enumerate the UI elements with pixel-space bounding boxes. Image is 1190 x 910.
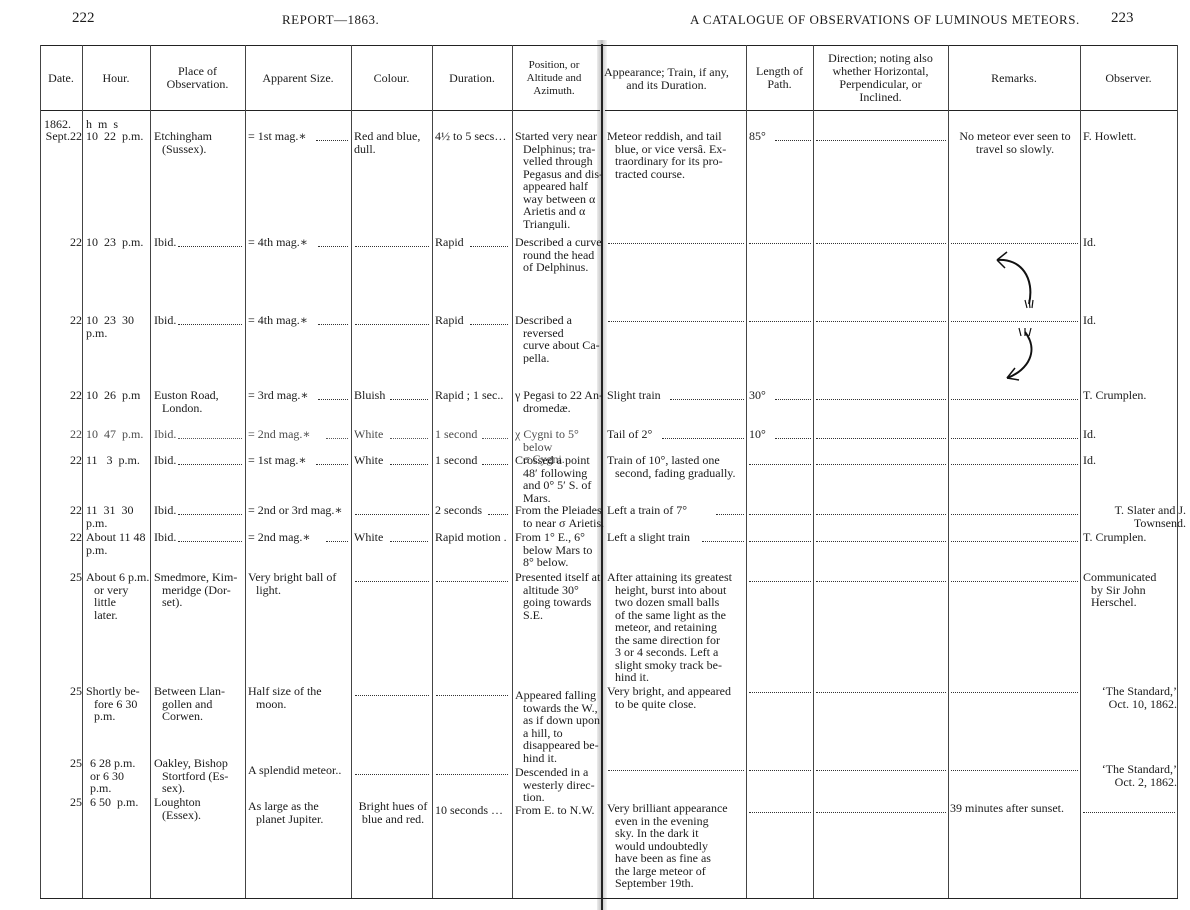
leader-dots xyxy=(178,541,242,542)
leader-dots xyxy=(951,321,1078,322)
col-header-colour: Colour. xyxy=(351,46,432,110)
row-place: Between Llan- gollen and Corwen. xyxy=(154,685,252,723)
row-place: Etchingham (Sussex). xyxy=(154,130,252,155)
row-size: = 3rd mag.∗ xyxy=(248,389,309,402)
row-size: Very bright ball of light. xyxy=(248,571,358,596)
leader-dots xyxy=(608,243,744,244)
row-position: Described a curve round the head of Delp… xyxy=(515,236,605,274)
row-place: Ibid. xyxy=(154,236,176,249)
leader-dots xyxy=(482,438,508,439)
leader-dots xyxy=(608,770,744,771)
row-colour: Bright hues of blue and red. xyxy=(354,800,432,825)
row-duration: Rapid ; 1 sec.. xyxy=(435,389,503,402)
leader-dots xyxy=(390,399,428,400)
leader-dots xyxy=(318,246,348,247)
row-place: Ibid. xyxy=(154,428,176,441)
leader-dots xyxy=(816,581,946,582)
col-rule xyxy=(512,45,513,898)
row-hour: About 11 48 p.m. xyxy=(86,531,150,556)
row-position: From 1° E., 6° below Mars to 8° below. xyxy=(515,531,605,569)
row-observer: T. Slater and J. Townsend. xyxy=(1083,504,1186,529)
row-hour: 10 23 p.m. xyxy=(86,236,143,249)
leader-dots xyxy=(436,581,508,582)
leader-dots xyxy=(749,581,811,582)
leader-dots xyxy=(716,514,744,515)
curve-arrow-down-icon xyxy=(995,326,1045,384)
row-date: 22 xyxy=(42,236,82,249)
leader-dots xyxy=(951,581,1078,582)
row-place: Euston Road, London. xyxy=(154,389,252,414)
row-position: Crossed a point 48′ following and 0° 5′ … xyxy=(515,454,605,504)
row-hour: About 6 p.m. or very little later. xyxy=(86,571,158,621)
running-head-text: REPORT—1863. xyxy=(282,12,379,27)
leader-dots xyxy=(775,140,811,141)
col-header-size: Apparent Size. xyxy=(245,46,351,110)
leader-dots xyxy=(178,514,242,515)
col-header-position: Position, or Altitude and Azimuth. xyxy=(512,46,596,110)
row-observer: ‘The Standard,’ Oct. 10, 1862. xyxy=(1083,685,1177,710)
leader-dots xyxy=(775,399,811,400)
leader-dots xyxy=(355,581,429,582)
row-appearance: Meteor reddish, and tail blue, or vice v… xyxy=(607,130,753,180)
curve-arrow-left-icon xyxy=(985,250,1045,312)
row-duration: 4½ to 5 secs… xyxy=(435,130,513,143)
row-position: γ Pegasi to 22 An- dromedæ. xyxy=(515,389,605,414)
right-running-head: A CATALOGUE OF OBSERVATIONS OF LUMINOUS … xyxy=(690,12,1080,28)
row-observer: T. Crumplen. xyxy=(1083,389,1146,402)
leader-dots xyxy=(316,140,348,141)
col-header-hour: Hour. xyxy=(82,46,150,110)
row-appearance: Train of 10°, lasted one second, fading … xyxy=(607,454,753,479)
row-duration: Rapid motion . xyxy=(435,531,507,544)
col-header-remarks: Remarks. xyxy=(948,46,1080,110)
left-page-number: 222 xyxy=(72,10,95,27)
row-hour: 10 23 30 p.m. xyxy=(86,314,150,339)
leader-dots xyxy=(318,399,348,400)
header-bottom-rule-right xyxy=(605,110,1177,111)
row-appearance: Very brilliant appearance even in the ev… xyxy=(607,802,753,890)
row-place: Smedmore, Kim- meridge (Dor- set). xyxy=(154,571,252,609)
row-size: = 2nd mag.∗ xyxy=(248,531,311,544)
leader-dots xyxy=(951,514,1078,515)
row-hour: Shortly be- fore 6 30 p.m. xyxy=(86,685,158,723)
leader-dots xyxy=(470,246,508,247)
leader-dots xyxy=(355,324,429,325)
row-size: = 1st mag.∗ xyxy=(248,130,307,143)
leader-dots xyxy=(702,541,744,542)
leader-dots xyxy=(749,321,811,322)
leader-dots xyxy=(951,438,1078,439)
leader-dots xyxy=(816,541,946,542)
row-size: A splendid meteor.. xyxy=(248,764,341,777)
row-place: Ibid. xyxy=(154,454,176,467)
col-rule xyxy=(351,45,352,898)
leader-dots xyxy=(951,464,1078,465)
leader-dots xyxy=(775,438,811,439)
row-hour: 6 50 p.m. xyxy=(90,796,138,809)
row-size: = 4th mag.∗ xyxy=(248,314,308,327)
leader-dots xyxy=(488,514,508,515)
leader-dots xyxy=(318,324,348,325)
leader-dots xyxy=(355,774,429,775)
leader-dots xyxy=(749,770,811,771)
row-hour: 6 28 p.m. or 6 30 p.m. xyxy=(90,757,150,795)
row-colour: White xyxy=(354,531,383,544)
leader-dots xyxy=(390,541,428,542)
col-rule xyxy=(948,45,949,898)
row-hour: 11 31 30 p.m. xyxy=(86,504,150,529)
leader-dots xyxy=(951,399,1078,400)
row-duration: Rapid xyxy=(435,236,464,249)
leader-dots xyxy=(749,243,811,244)
col-header-date: Date. xyxy=(40,46,82,110)
row-appearance: Tail of 2° xyxy=(607,428,652,441)
row-observer: Id. xyxy=(1083,314,1096,327)
row-hour: 10 26 p.m xyxy=(86,389,140,402)
row-size: Half size of the moon. xyxy=(248,685,358,710)
row-colour: Red and blue, dull. xyxy=(354,130,432,155)
leader-dots xyxy=(178,464,242,465)
leader-dots xyxy=(816,464,946,465)
leader-dots xyxy=(178,438,242,439)
row-observer: ‘The Standard,’ Oct. 2, 1862. xyxy=(1083,763,1177,788)
row-place: Loughton (Essex). xyxy=(154,796,252,821)
leader-dots xyxy=(1083,812,1175,813)
col-rule xyxy=(432,45,433,898)
row-position: Presented itself at altitude 30° going t… xyxy=(515,571,605,621)
row-date: Sept.22 xyxy=(42,130,82,143)
row-position: Appeared falling towards the W., as if d… xyxy=(515,689,605,764)
row-appearance: Left a slight train xyxy=(607,531,690,544)
leader-dots xyxy=(316,464,348,465)
row-position: From the Pleiades to near σ Arietis. xyxy=(515,504,605,529)
running-head-text: A CATALOGUE OF OBSERVATIONS OF LUMINOUS … xyxy=(690,12,1080,27)
col-header-observer: Observer. xyxy=(1080,46,1177,110)
col-rule xyxy=(813,45,814,898)
row-duration: Rapid xyxy=(435,314,464,327)
leader-dots xyxy=(470,324,508,325)
row-duration: 10 seconds … xyxy=(435,804,503,817)
row-size: As large as the planet Jupiter. xyxy=(248,800,358,825)
leader-dots xyxy=(951,770,1078,771)
row-size: = 1st mag.∗ xyxy=(248,454,307,467)
leader-dots xyxy=(749,514,811,515)
leader-dots xyxy=(326,438,348,439)
leader-dots xyxy=(816,770,946,771)
row-duration: 1 second xyxy=(435,454,477,467)
leader-dots xyxy=(608,321,744,322)
row-observer: Id. xyxy=(1083,428,1096,441)
row-date: 22 xyxy=(42,389,82,402)
row-length: 30° xyxy=(749,389,766,402)
leader-dots xyxy=(482,464,508,465)
leader-dots xyxy=(662,438,744,439)
leader-dots xyxy=(178,324,242,325)
leader-dots xyxy=(355,514,429,515)
row-date: 25 xyxy=(42,685,82,698)
row-place: Ibid. xyxy=(154,531,176,544)
row-colour: White xyxy=(354,428,383,441)
row-date: 25 xyxy=(42,571,82,584)
leader-dots xyxy=(816,514,946,515)
row-colour: White xyxy=(354,454,383,467)
col-rule xyxy=(1177,45,1178,898)
row-observer: Id. xyxy=(1083,236,1096,249)
leader-dots xyxy=(436,774,508,775)
row-date: 25 xyxy=(42,796,82,809)
leader-dots xyxy=(670,399,744,400)
row-remarks: No meteor ever seen to travel so slowly. xyxy=(950,130,1080,155)
row-size: = 4th mag.∗ xyxy=(248,236,308,249)
row-place: Oakley, Bishop Stortford (Es- sex). xyxy=(154,757,252,795)
leader-dots xyxy=(749,541,811,542)
row-appearance: Left a train of 7° xyxy=(607,504,687,517)
leader-dots xyxy=(951,243,1078,244)
row-remarks: 39 minutes after sunset. xyxy=(950,802,1064,815)
row-observer: T. Crumplen. xyxy=(1083,531,1146,544)
row-hour: 10 47 p.m. xyxy=(86,428,143,441)
col-rule xyxy=(150,45,151,898)
row-place: Ibid. xyxy=(154,314,176,327)
right-page-number: 223 xyxy=(1111,10,1134,27)
leader-dots xyxy=(749,812,811,813)
leader-dots xyxy=(816,399,946,400)
leader-dots xyxy=(951,541,1078,542)
row-hour: 11 3 p.m. xyxy=(86,454,140,467)
col-header-direction: Direction; noting also whether Horizonta… xyxy=(813,46,948,110)
leader-dots xyxy=(816,243,946,244)
row-hour: 10 22 p.m. xyxy=(86,130,150,143)
row-observer: Communicated by Sir John Herschel. xyxy=(1083,571,1185,609)
col-rule xyxy=(1080,45,1081,898)
leader-dots xyxy=(816,140,946,141)
col-header-duration: Duration. xyxy=(432,46,512,110)
row-date: 22 xyxy=(42,531,82,544)
leader-dots xyxy=(749,464,811,465)
leader-dots xyxy=(390,438,428,439)
leader-dots xyxy=(816,812,946,813)
row-position: From E. to N.W. xyxy=(515,804,597,817)
leader-dots xyxy=(436,695,508,696)
row-length: 85° xyxy=(749,130,766,143)
row-date: 22 xyxy=(42,314,82,327)
row-size: = 2nd mag.∗ xyxy=(248,428,311,441)
left-running-head: REPORT—1863. xyxy=(282,12,379,28)
row-position: Described a reversed curve about Ca- pel… xyxy=(515,314,605,364)
row-date: 22 xyxy=(42,454,82,467)
col-header-length: Length of Path. xyxy=(746,46,813,110)
leader-dots xyxy=(355,246,429,247)
leader-dots xyxy=(326,541,348,542)
leader-dots xyxy=(951,692,1078,693)
row-date: 25 xyxy=(42,757,82,770)
leader-dots xyxy=(749,692,811,693)
row-appearance: Very bright, and appeared to be quite cl… xyxy=(607,685,753,710)
col-header-appearance: Appearance; Train, if any, and its Durat… xyxy=(604,46,746,110)
table-bottom-rule xyxy=(40,898,1178,899)
row-size: = 2nd or 3rd mag.∗ xyxy=(248,504,343,517)
col-header-place: Place of Observation. xyxy=(150,46,245,110)
leader-dots xyxy=(816,692,946,693)
leader-dots xyxy=(178,246,242,247)
leader-dots xyxy=(816,321,946,322)
row-position: Descended in a westerly direc- tion. xyxy=(515,766,605,804)
leader-dots xyxy=(816,438,946,439)
row-date: 22 xyxy=(42,504,82,517)
row-observer: Id. xyxy=(1083,454,1096,467)
col-rule xyxy=(82,45,83,898)
row-observer: F. Howlett. xyxy=(1083,130,1136,143)
header-bottom-rule-left xyxy=(40,110,600,111)
row-duration: 1 second xyxy=(435,428,477,441)
col-rule xyxy=(40,45,41,898)
row-position: Started very near Delphinus; tra- velled… xyxy=(515,130,605,230)
row-colour: Bluish xyxy=(354,389,385,402)
row-length: 10° xyxy=(749,428,766,441)
leader-dots xyxy=(355,695,429,696)
row-duration: 2 seconds xyxy=(435,504,482,517)
row-place: Ibid. xyxy=(154,504,176,517)
row-appearance: After attaining its greatest height, bur… xyxy=(607,571,753,684)
row-appearance: Slight train xyxy=(607,389,661,402)
leader-dots xyxy=(390,464,428,465)
row-date: 22 xyxy=(42,428,82,441)
